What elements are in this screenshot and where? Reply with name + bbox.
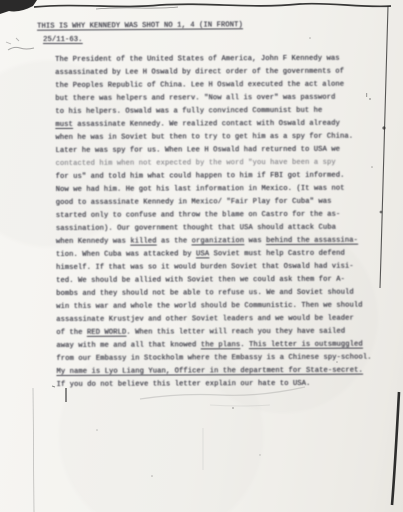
text-segment: the Peoples Republic of China. Lee H Osw… xyxy=(55,81,344,90)
document-line: himself. If that was so it would burden … xyxy=(56,261,368,275)
scanned-document-page: { "document": { "heading": "THIS IS WHY … xyxy=(0,0,403,512)
text-segment: organization xyxy=(192,237,245,245)
text-segment: when he was in Soviet but then to try to… xyxy=(55,133,353,142)
document-line: My name is Lyo Liang Yuan, Officer in th… xyxy=(56,365,368,379)
text-segment: sassination). Our government thought tha… xyxy=(56,224,336,233)
text-segment: tion. When Cuba was attacked by xyxy=(56,250,196,259)
document-body: The President of the United States of Am… xyxy=(55,53,368,392)
text-segment: himself. If that was so it would burden … xyxy=(56,263,354,272)
text-segment: was xyxy=(244,237,266,245)
document-line: If you do not believe this letter explai… xyxy=(56,378,368,392)
text-segment: contacted him when not expected by the w… xyxy=(55,159,335,168)
heading-text: THIS IS WHY KENNEDY WAS SHOT NO 1, 4 (IN… xyxy=(37,21,243,30)
text-segment: RED WORLD xyxy=(87,329,126,337)
text-segment: from our Embassy in Stockholm where the … xyxy=(56,354,371,363)
text-segment: assassinated by Lee H Oswald by direct o… xyxy=(55,68,344,77)
document-line: contacted him when not expected by the w… xyxy=(55,157,367,171)
document-line: win this war and whole the world should … xyxy=(56,300,368,314)
text-segment: good to assassinate Kennedy in Mexico/ "… xyxy=(56,198,332,207)
text-segment: the plans xyxy=(201,341,240,349)
document-line: ted. We should be allied with Soviet the… xyxy=(56,274,368,288)
text-segment: If you do not believe this letter explai… xyxy=(56,380,310,389)
text-segment: This letter is outsmuggled xyxy=(249,341,363,349)
document-date: 25/11-63. xyxy=(43,34,82,47)
text-segment: USA xyxy=(196,250,209,258)
text-segment: assassinate Krustjev and other Soviet le… xyxy=(56,315,354,324)
text-segment: but there was helpers and reserv. "Now a… xyxy=(55,94,335,103)
text-segment: assassinate Kennedy. We realized contact… xyxy=(73,120,340,129)
text-segment: My name is Lyo Liang Yuan, Officer in th… xyxy=(56,367,362,376)
text-segment: ted. We should be allied with Soviet the… xyxy=(56,276,345,285)
text-segment: to his helpers. Oswald was a fully convi… xyxy=(55,107,322,116)
text-segment: of the xyxy=(56,329,87,337)
document-line: assassinate Krustjev and other Soviet le… xyxy=(56,313,368,327)
text-segment: . When this letter will reach you they h… xyxy=(126,328,345,337)
date-text: 25/11-63. xyxy=(43,36,82,44)
text-segment: Later he was spy for us. When Lee H Oswa… xyxy=(55,146,340,155)
text-segment: killed xyxy=(130,238,156,246)
document-line: from our Embassy in Stockholm where the … xyxy=(56,352,368,366)
text-segment: for us" and told him what could happen t… xyxy=(56,172,345,181)
text-segment: Now we had him. He got his last informat… xyxy=(56,185,345,194)
text-segment: bombs and they should not be able to ref… xyxy=(56,289,354,298)
text-segment: . xyxy=(240,341,249,349)
text-segment: behind the assassina- xyxy=(266,237,358,245)
text-segment: Soviet must help Castro defend xyxy=(209,250,345,259)
text-segment: as the xyxy=(156,237,191,245)
text-segment: away with me and all that knowed xyxy=(56,341,200,350)
document-line: away with me and all that knowed the pla… xyxy=(56,339,368,353)
text-segment: win this war and whole the world should … xyxy=(56,302,362,311)
text-segment: when Kennedy was xyxy=(56,238,130,246)
document-heading: THIS IS WHY KENNEDY WAS SHOT NO 1, 4 (IN… xyxy=(37,19,243,33)
text-segment: The President of the United States of Am… xyxy=(55,55,340,64)
text-segment: started only to confuse and throw the bl… xyxy=(56,211,341,220)
document-line: of the RED WORLD. When this letter will … xyxy=(56,326,368,340)
document-line: bombs and they should not be able to ref… xyxy=(56,287,368,301)
text-segment: must xyxy=(55,121,73,129)
